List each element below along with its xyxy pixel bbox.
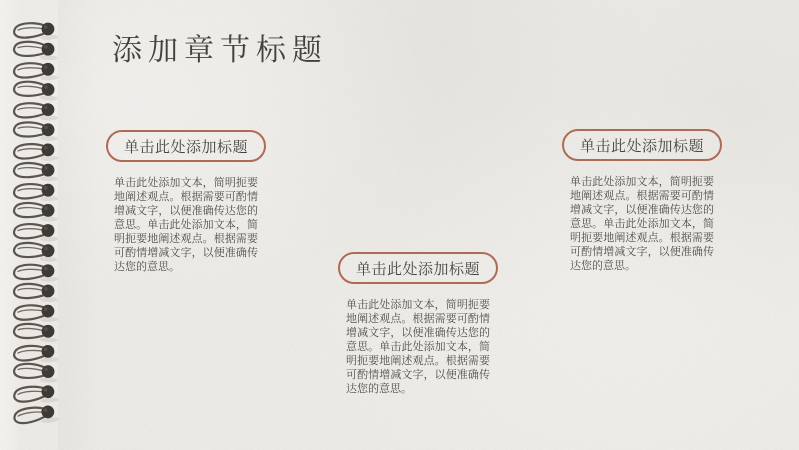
block-heading-text: 单击此处添加标题 bbox=[580, 135, 704, 156]
block-heading-pill[interactable]: 单击此处添加标题 bbox=[338, 252, 498, 284]
block-heading-text: 单击此处添加标题 bbox=[124, 136, 248, 157]
content-block-3: 单击此处添加标题 单击此处添加文本，简明扼要地阐述观点。根据需要可酌情增减文字，… bbox=[562, 129, 722, 273]
slide-canvas: 添加章节标题 单击此处添加标题 单击此处添加文本，简明扼要地阐述观点。根据需要可… bbox=[0, 0, 799, 450]
content-block-2: 单击此处添加标题 单击此处添加文本，简明扼要地阐述观点。根据需要可酌情增减文字，… bbox=[338, 252, 498, 396]
block-heading-text: 单击此处添加标题 bbox=[356, 258, 480, 279]
content-block-1: 单击此处添加标题 单击此处添加文本，简明扼要地阐述观点。根据需要可酌情增减文字，… bbox=[106, 130, 266, 274]
block-body-text[interactable]: 单击此处添加文本，简明扼要地阐述观点。根据需要可酌情增减文字，以便准确传达您的意… bbox=[570, 175, 714, 273]
block-body-text[interactable]: 单击此处添加文本，简明扼要地阐述观点。根据需要可酌情增减文字，以便准确传达您的意… bbox=[114, 176, 258, 274]
slide-title[interactable]: 添加章节标题 bbox=[112, 36, 328, 66]
block-body-text[interactable]: 单击此处添加文本，简明扼要地阐述观点。根据需要可酌情增减文字，以便准确传达您的意… bbox=[346, 298, 490, 396]
notebook-spiral-icon bbox=[10, 16, 72, 438]
block-heading-pill[interactable]: 单击此处添加标题 bbox=[106, 130, 266, 162]
block-heading-pill[interactable]: 单击此处添加标题 bbox=[562, 129, 722, 161]
